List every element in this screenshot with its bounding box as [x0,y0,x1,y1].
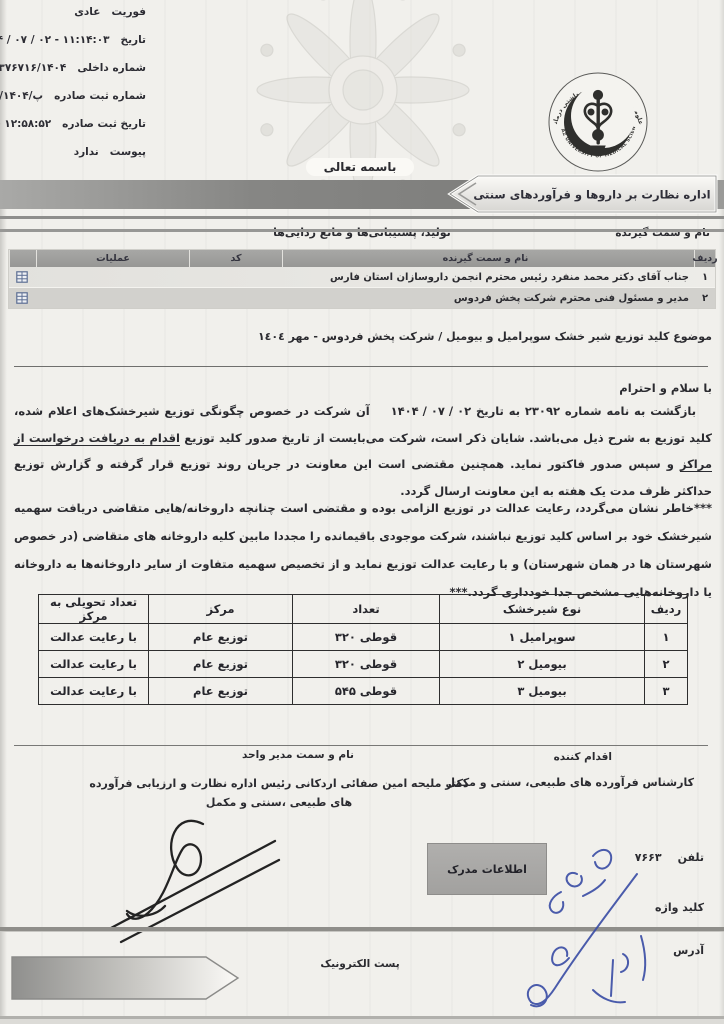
dt-row-number: ۱ [645,624,688,651]
blue-ink-annotation [465,840,660,1020]
distribution-row: ۲ بیومیل ۲ ۳۲۰ قوطی توزیع عام با رعایت ع… [39,651,688,678]
meta-row-date: تاریخ ۱۴۰۴ / ۰۷ / ۰۲ - ۱۱:۱۴:۰۳ [0,34,146,46]
dt-qty-value: ۵۴۵ قوطی [335,684,397,698]
department-banner-title: اداره نظارت بر داروها و فرآوردهای سنتی [473,188,710,203]
meta-row-outgoing-number: شماره ثبت صادره ۹/۳۱۱/۲۱۳۷۱/پ/۱۴۰۴/ص [0,90,146,102]
dt-milk-type: سوپرامیل ۱ [440,624,645,651]
header-actions: عملیات [36,250,189,267]
distribution-row: ۱ سوپرامیل ۱ ۳۲۰ قوطی توزیع عام با رعایت… [39,624,688,651]
recipient-row-number: ۱ [695,272,715,283]
dt-delivered: با رعایت عدالت [39,624,149,651]
header-code: کد [189,250,282,267]
department-banner: اداره نظارت بر داروها و فرآوردهای سنتی [0,174,724,214]
dt-qty: ۵۴۵ قوطی [293,678,440,705]
recipients-table-header: ردیف نام و سمت گیرنده کد عملیات [9,250,715,267]
subject-divider [14,366,708,367]
p1-date: ۱۴۰۴ / ۰۷ / ۰۲ [375,398,472,425]
outgoing-number-label: شماره ثبت صادره [54,90,146,102]
dt-milk-type: بیومیل ۳ [440,678,645,705]
dt-center: توزیع عام [149,651,293,678]
distribution-row: ۳ بیومیل ۳ ۵۴۵ قوطی توزیع عام با رعایت ع… [39,678,688,705]
keyword-label: کلید واژه [655,901,704,914]
manager-name: دکتر ملیحه امین صفائی اردکانی رئیس اداره… [84,774,474,812]
university-medical-logo: دانشگاه علوم پزشکی و خدمات بهداشتی درمان… [548,68,648,174]
attachment-value: ندارد [74,146,99,158]
dt-center: توزیع عام [149,678,293,705]
distribution-table: ردیف نوع شیرخشک تعداد مرکز تعداد تحویلی … [38,594,688,705]
address-label: آدرس [673,944,704,957]
dt-row-number: ۳ [645,678,688,705]
dt-delivered: با رعایت عدالت [39,651,149,678]
handwritten-signature [103,814,293,954]
dt-qty: ۳۲۰ قوطی [293,624,440,651]
recipient-row: ۲ مدیر و مسئول فنی محترم شرکت پخش فردوس [9,287,715,308]
recipient-row-number: ۲ [695,293,715,304]
header-recipient-name: نام و سمت گیرنده [282,250,694,267]
attachment-label: پیوست [110,146,146,158]
meta-row-attachment: پیوست ندارد [74,146,146,158]
p1-text-a: بازگشت به نامه شماره ۲۳۰۹۲ به تاریخ [471,404,696,418]
date-value: ۱۴۰۴ / ۰۷ / ۰۲ - ۱۱:۱۴:۰۳ [0,34,110,46]
outgoing-number-value: ۹/۳۱۱/۲۱۳۷۱/پ/۱۴۰۴/ص [0,90,43,102]
actor-role: کارشناس فرآورده های طبیعی، سنتی و مکمل [446,776,694,789]
dt-qty: ۳۲۰ قوطی [293,651,440,678]
scan-edge-right [719,0,724,1024]
body-paragraph-1: بازگشت به نامه شماره ۲۳۰۹۲ به تاریخ ۱۴۰۴… [14,398,712,504]
scanned-letter-page: فوریت عادی تاریخ ۱۴۰۴ / ۰۷ / ۰۲ - ۱۱:۱۴:… [0,0,724,1024]
header-double-rule [0,216,724,232]
meta-row-outgoing-date: تاریخ ثبت صادره ۱۴۰۴ / ۰۷ / ۰۲ - ۱۲:۵۸:۵… [0,118,146,130]
dt-qty-value: ۳۲۰ قوطی [335,657,397,671]
dt-header-type: نوع شیرخشک [440,595,645,624]
urgency-value: عادی [74,6,100,18]
recipient-row: ۱ جناب آقای دکتر محمد منفرد رئیس محترم ا… [9,267,715,287]
date-label: تاریخ [121,34,146,46]
internal-number-label: شماره داخلی [77,62,146,74]
dt-header-center: مرکز [149,595,293,624]
recipient-name: جناب آقای دکتر محمد منفرد رئیس محترم انج… [279,272,695,283]
dt-header-qty: تعداد [293,595,440,624]
outgoing-date-label: تاریخ ثبت صادره [62,118,146,130]
distribution-header-row: ردیف نوع شیرخشک تعداد مرکز تعداد تحویلی … [39,595,688,624]
urgency-label: فوریت [111,6,146,18]
signature-divider [14,745,708,746]
scan-edge-left [0,0,7,1024]
phone-label: تلفن [678,851,704,864]
meta-row-internal-number: شماره داخلی ۳۷۶۷۱۶/۱۴۰۴ [0,62,146,74]
dt-milk-type: بیومیل ۲ [440,651,645,678]
dt-row-number: ۲ [645,651,688,678]
outgoing-date-value: ۱۴۰۴ / ۰۷ / ۰۲ - ۱۲:۵۸:۵۲ [0,118,51,130]
body-paragraph-2: ***خاطر نشان می‌گردد، رعایت عدالت در توز… [14,494,712,606]
details-grid-icon[interactable] [9,292,35,304]
p1-text-c: و سپس صدور فاکتور نماید. همچنین مقتضی اس… [14,457,712,498]
header-actions-spacer [9,250,36,267]
details-grid-icon[interactable] [9,271,35,283]
email-label: پست الکترونیک [280,958,440,970]
dt-header-row: ردیف [645,595,688,624]
dt-center: توزیع عام [149,624,293,651]
internal-number-value: ۳۷۶۷۱۶/۱۴۰۴ [0,62,66,74]
dt-qty-value: ۳۲۰ قوطی [335,630,397,644]
actor-label: اقدام کننده [554,751,612,763]
recipient-name: مدیر و مسئول فنی محترم شرکت پخش فردوس [279,293,695,304]
salutation: با سلام و احترام [619,381,712,395]
recipients-table: ردیف نام و سمت گیرنده کد عملیات ۱ جناب آ… [8,249,716,309]
manager-label: نام و سمت مدیر واحد [233,749,363,761]
meta-row-urgency: فوریت عادی [74,6,146,18]
header-row-number: ردیف [694,250,715,267]
subject-line: موضوع کلید توزیع شیر خشک سوپرامیل و بیوم… [258,330,712,343]
dt-header-delivered: تعداد تحویلی به مرکز [39,595,149,624]
footer-banner [10,952,245,1004]
dt-delivered: با رعایت عدالت [39,678,149,705]
